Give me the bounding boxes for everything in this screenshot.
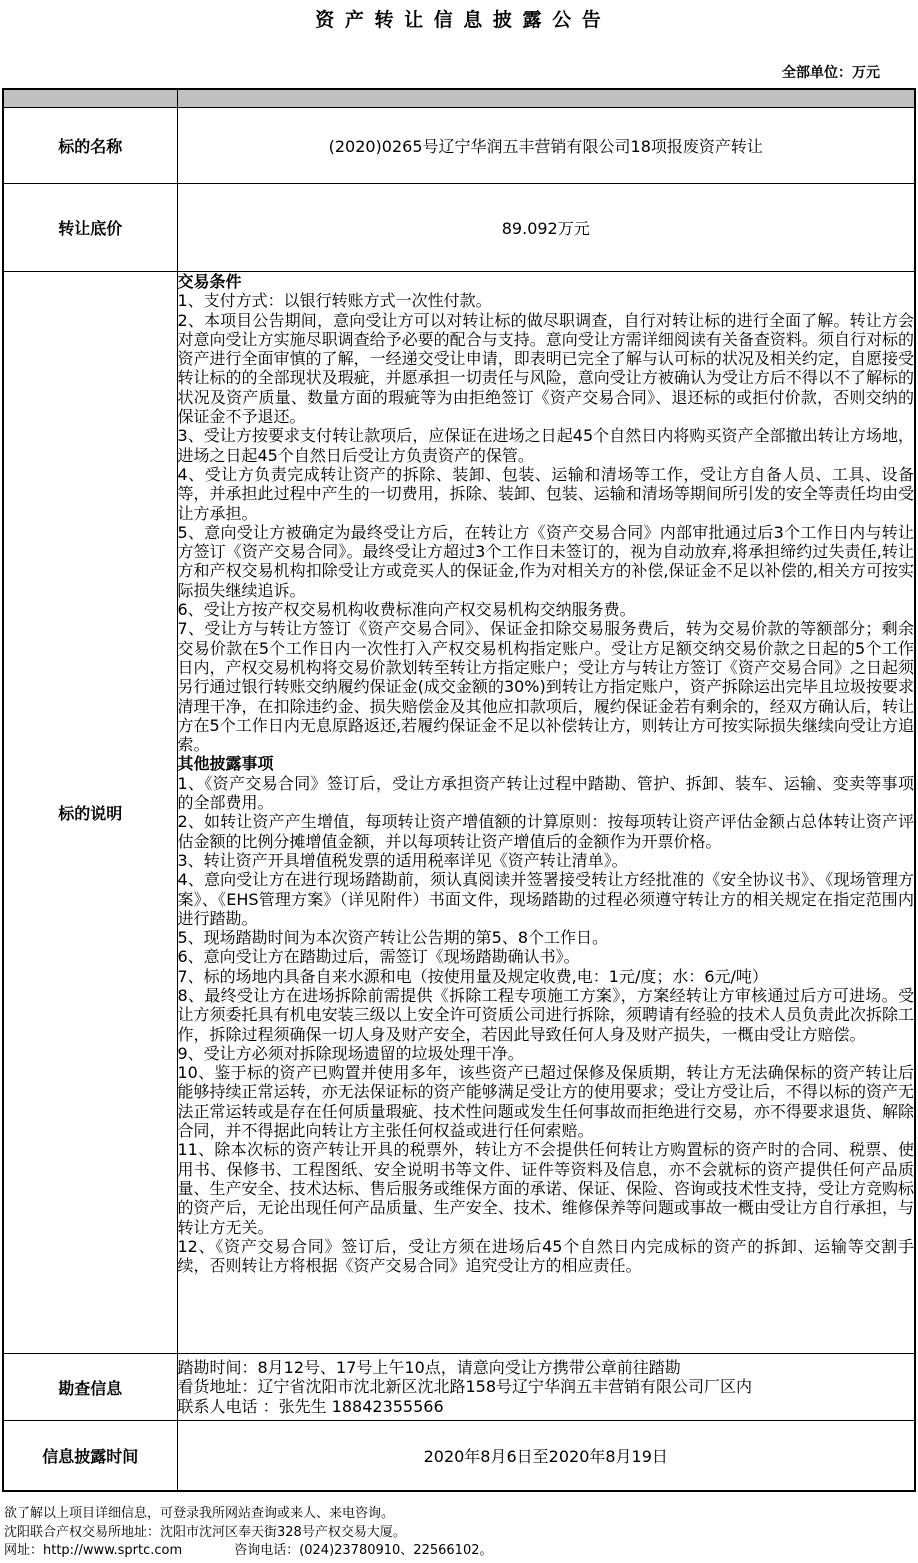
trade-condition-item: 7、受让方与转让方签订《资产交易合同》、保证金扣除交易服务费后，转为交易价款的等… [178, 619, 915, 754]
trade-condition-item: 4、受让方负责完成转让资产的拆除、装卸、包装、运输和清场等工作，受让方自备人员、… [178, 465, 915, 523]
label-subject-name: 标的名称 [3, 108, 177, 184]
footer: 欲了解以上项目详细信息，可登录我所网站查询或来人、来电咨询。 沈阳联合产权交易所… [4, 1505, 918, 1561]
footer-phone: 咨询电话：(024)23780910、22566102。 [234, 1543, 492, 1558]
survey-time-line: 踏勘时间：8月12号、17号上午10点，请意向受让方携带公章前往踏勘 [178, 1358, 915, 1377]
survey-address-line: 看货地址：辽宁省沈阳市沈北新区沈北路158号辽宁华润五丰营销有限公司厂区内 [178, 1377, 915, 1396]
other-disclosure-item: 3、转让资产开具增值税发票的适用税率详见《资产转让清单》。 [178, 851, 915, 870]
trade-condition-item: 2、本项目公告期间，意向受让方可以对转让标的做尽职调查，自行对转让标的进行全面了… [178, 311, 915, 427]
announcement-page: 资 产 转 让 信 息 披 露 公 告 全部单位：万元 标的名称 (2020)0… [0, 0, 918, 1563]
value-disclosure-period: 2020年8月6日至2020年8月19日 [177, 1421, 915, 1492]
value-subject-name: (2020)0265号辽宁华润五丰营销有限公司18项报废资产转让 [177, 108, 915, 184]
header-cell-right [177, 89, 915, 108]
survey-info-content: 踏勘时间：8月12号、17号上午10点，请意向受让方携带公章前往踏勘 看货地址：… [177, 1354, 915, 1421]
other-disclosure-item: 11、除本次标的资产转让开具的税票外，转让方不会提供任何转让方购置标的资产时的合… [178, 1140, 915, 1236]
other-disclosure-item: 6、意向受让方在踏勘过后，需签订《现场踏勘确认书》。 [178, 947, 915, 966]
other-disclosure-item: 9、受让方必须对拆除现场遗留的垃圾处理干净。 [178, 1044, 915, 1063]
page-title: 资 产 转 让 信 息 披 露 公 告 [0, 8, 918, 32]
survey-contact-line: 联系人电话 ：张先生 18842355566 [178, 1397, 915, 1416]
other-disclosure-item: 1、《资产交易合同》签订后，受让方承担资产转让过程中踏勘、管护、拆卸、装车、运输… [178, 774, 915, 813]
announcement-table: 标的名称 (2020)0265号辽宁华润五丰营销有限公司18项报废资产转让 转让… [2, 88, 916, 1492]
other-disclosure-item: 12、《资产交易合同》签订后，受让方须在进场后45个自然日内完成标的资产的拆卸、… [178, 1237, 915, 1276]
label-disclosure-period: 信息披露时间 [3, 1421, 177, 1492]
row-transfer-price: 转让底价 89.092万元 [3, 184, 915, 272]
row-disclosure-period: 信息披露时间 2020年8月6日至2020年8月19日 [3, 1421, 915, 1492]
row-survey-info: 勘查信息 踏勘时间：8月12号、17号上午10点，请意向受让方携带公章前往踏勘 … [3, 1354, 915, 1421]
label-survey-info: 勘查信息 [3, 1354, 177, 1421]
trade-condition-item: 6、受让方按产权交易机构收费标准向产权交易机构交纳服务费。 [178, 600, 915, 619]
other-disclosure-item: 8、最终受让方在进场拆除前需提供《拆除工程专项施工方案》，方案经转让方审核通过后… [178, 986, 915, 1044]
footer-website: 网址：http://www.sprtc.com [4, 1542, 182, 1561]
other-disclosure-item: 10、鉴于标的资产已购置并使用多年，该些资产已超过保修及保质期，转让方无法确保标… [178, 1063, 915, 1140]
footer-address-line: 沈阳联合产权交易所地址：沈阳市沈河区奉天街328号产权交易大厦。 [4, 1524, 918, 1543]
trade-conditions-heading: 交易条件 [178, 272, 915, 291]
trade-condition-item: 1、支付方式：以银行转账方式一次性付款。 [178, 291, 915, 310]
value-transfer-price: 89.092万元 [177, 184, 915, 272]
row-subject-description: 标的说明 交易条件 1、支付方式：以银行转账方式一次性付款。 2、本项目公告期间… [3, 272, 915, 1354]
trade-condition-item: 3、受让方按要求支付转让款项后，应保证在进场之日起45个自然日内将购买资产全部撤… [178, 426, 915, 465]
footer-info-line: 欲了解以上项目详细信息，可登录我所网站查询或来人、来电咨询。 [4, 1505, 918, 1524]
other-disclosures-heading: 其他披露事项 [178, 754, 915, 773]
subject-description-content: 交易条件 1、支付方式：以银行转账方式一次性付款。 2、本项目公告期间，意向受让… [177, 272, 915, 1354]
label-subject-description: 标的说明 [3, 272, 177, 1354]
trade-condition-item: 5、意向受让方被确定为最终受让方后，在转让方《资产交易合同》内部审批通过后3个工… [178, 523, 915, 600]
other-disclosure-item: 7、标的场地内具备自来水源和电（按使用量及规定收费,电：1元/度；水：6元/吨） [178, 967, 915, 986]
label-transfer-price: 转让底价 [3, 184, 177, 272]
unit-note: 全部单位：万元 [0, 65, 880, 82]
header-cell-left [3, 89, 177, 108]
other-disclosure-item: 2、如转让资产产生增值，每项转让资产增值额的计算原则：按每项转让资产评估金额占总… [178, 812, 915, 851]
other-disclosure-item: 4、意向受让方在进行现场踏勘前，须认真阅读并签署接受转让方经批准的《安全协议书》… [178, 870, 915, 928]
table-header-row [3, 89, 915, 108]
other-disclosure-item: 5、现场踏勘时间为本次资产转让公告期的第5、8个工作日。 [178, 928, 915, 947]
row-subject-name: 标的名称 (2020)0265号辽宁华润五丰营销有限公司18项报废资产转让 [3, 108, 915, 184]
footer-contact-line: 网址：http://www.sprtc.com咨询电话：(024)2378091… [4, 1542, 918, 1561]
